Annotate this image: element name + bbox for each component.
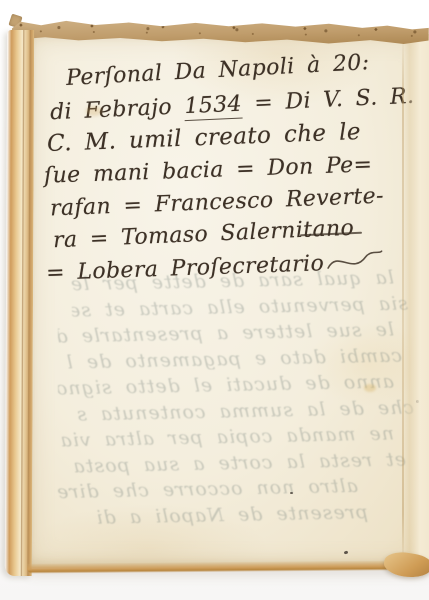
foxing-spot — [364, 384, 376, 392]
bleed-through-line: cambi dato e pagamento de le — [66, 346, 402, 372]
bleed-through-line: presente de Napoli a di detto — [88, 503, 368, 528]
manuscript-line: ſue mani bacia = Don Pe= — [44, 154, 373, 187]
manuscript-photo: la qual sara de dette per le mano sia pe… — [0, 0, 429, 600]
ink-speck — [290, 492, 293, 494]
bleed-through-line: che de la summa contenuta se — [78, 398, 414, 424]
page-bottom-edge — [27, 560, 429, 574]
fore-edge-fold — [403, 34, 429, 568]
underlined-year: 1534 — [184, 92, 243, 122]
bleed-through-line: le sue lettere a presentarle di — [58, 320, 394, 346]
binding-left-edge — [5, 30, 34, 576]
foxing-spot — [86, 106, 102, 116]
manuscript-line: C. M. umil creato che le — [47, 121, 362, 156]
manuscript-line: Perſonal Da Napoli à 20: — [66, 52, 370, 90]
bleed-through-line: altro non occorre che dire al — [58, 477, 358, 502]
bleed-through-line: anno de ducati el detto signor — [58, 372, 394, 398]
bleed-through-line: ne manda copia per altra via — [58, 424, 394, 450]
paraph-flourish-icon — [326, 248, 385, 274]
line2-suffix: = Di V. S. R. — [241, 84, 415, 117]
manuscript-page: la qual sara de dette per le mano sia pe… — [28, 34, 429, 568]
bleed-through-line: sia pervenuto ella carta et se — [72, 294, 408, 320]
line2-prefix: di Febrajo — [50, 94, 185, 125]
manuscript-line: rafan = Francesco Reverte- — [50, 186, 385, 221]
bleed-through-line: et resta la corte a sua posta — [70, 450, 406, 476]
